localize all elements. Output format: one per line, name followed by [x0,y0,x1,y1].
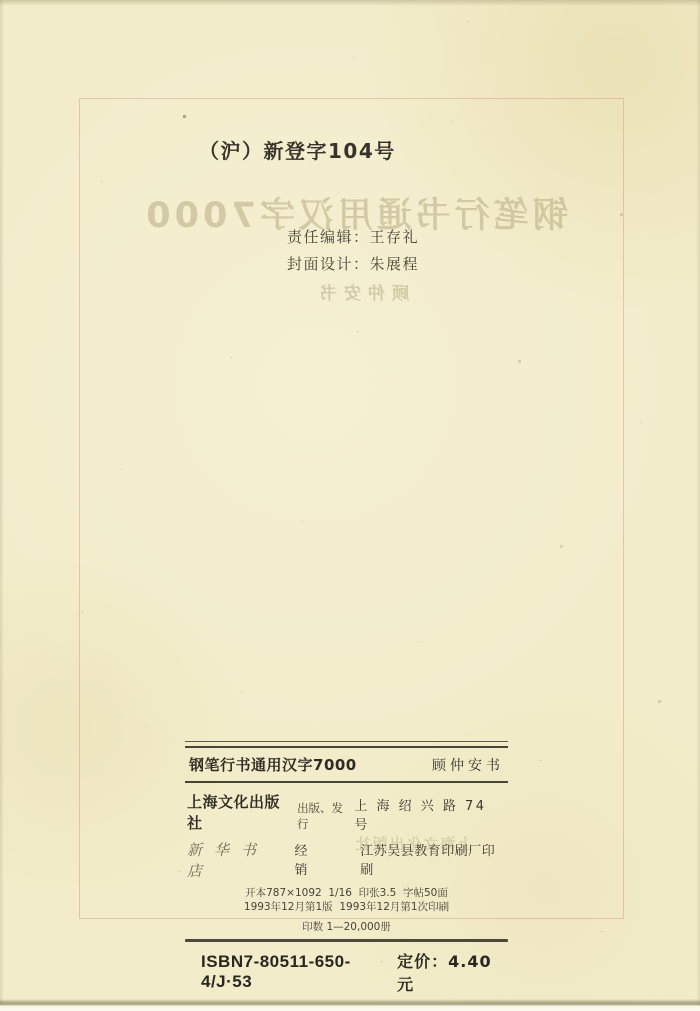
isbn-number: ISBN7-80511-650-4/J·53 [201,952,397,992]
publisher-row: 上海文化出版社 出版、发行 上 海 绍 兴 路 74 号 [185,791,508,833]
distributor-row: 新华书店 经 销 江苏吴县教育印刷厂印刷 [185,839,508,881]
publisher-role: 出版、发行 [297,800,354,833]
format-line: 开本787×1092 1/16 印张3.5 字帖50面 [185,887,508,900]
showthrough-calligrapher: 顾仲安书 [296,279,426,304]
scan-edge-bottom [0,999,700,1011]
credit-editor: 责任编辑：王存礼 [287,226,419,253]
credit-cover-designer: 封面设计：朱展程 [287,253,419,280]
distributor-name: 新华书店 [187,839,294,881]
publisher-group: 上海文化出版社 出版、发行 [187,791,354,833]
credits-block: 责任编辑：王存礼 封面设计：朱展程 [287,226,419,280]
colophon-book-title: 钢笔行书通用汉字7000 [189,754,357,775]
print-run-line: 印数 1—20,000册 [185,921,508,934]
colophon-block: 钢笔行书通用汉字7000 顾仲安书 上海文化出版社 出版、发行 上 海 绍 兴 … [185,741,508,995]
scan-edge-top [0,0,700,6]
price-label: 定价：4.40元 [397,949,506,995]
colophon-top-rule [185,741,508,748]
distributor-role: 经 销 [294,840,360,878]
paper-speckles [0,0,1,1]
registration-number: （沪）新登字104号 [199,135,396,164]
scan-edge-left [0,0,4,1011]
colophon-bottom-rule [185,939,508,942]
edition-line: 1993年12月第1版 1993年12月第1次印刷 [185,901,508,914]
isbn-row: ISBN7-80511-650-4/J·53 定价：4.40元 [185,949,508,995]
publisher-name: 上海文化出版社 [187,791,295,833]
colophon-calligrapher: 顾仲安书 [432,755,504,775]
colophon-title-row: 钢笔行书通用汉字7000 顾仲安书 [185,748,508,781]
printer-name: 江苏吴县教育印刷厂印刷 [360,840,508,878]
publisher-address: 上 海 绍 兴 路 74 号 [354,795,508,833]
colophon-mid-rule [185,781,508,783]
scan-edge-right [696,0,700,1011]
